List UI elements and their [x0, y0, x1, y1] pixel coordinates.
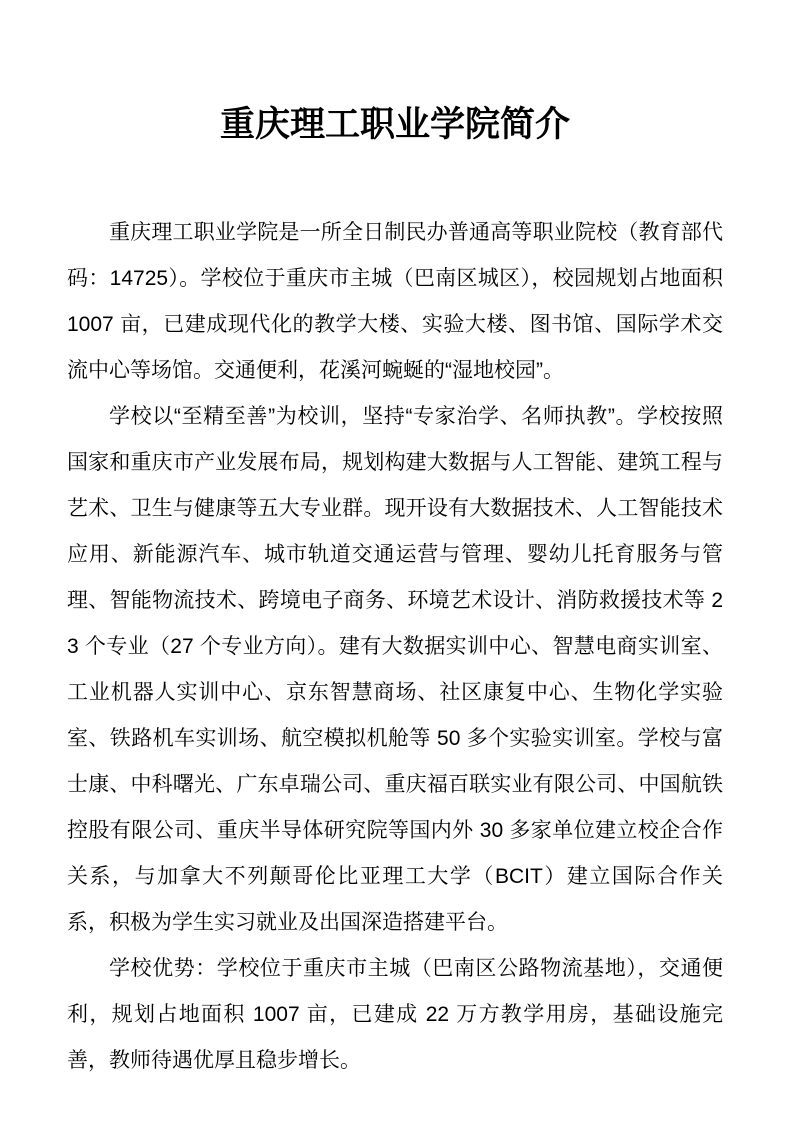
paragraph-advantages: 学校优势：学校位于重庆市主城（巴南区公路物流基地），交通便利，规划占地面积 10… — [67, 946, 723, 1084]
paragraph-intro: 重庆理工职业学院是一所全日制民办普通高等职业院校（教育部代码：14725）。学校… — [67, 210, 723, 394]
paragraph-programs: 学校以“至精至善”为校训，坚持“专家治学、名师执教”。学校按照国家和重庆市产业发… — [67, 394, 723, 946]
document-page: 重庆理工职业学院简介 重庆理工职业学院是一所全日制民办普通高等职业院校（教育部代… — [0, 0, 793, 1122]
document-title: 重庆理工职业学院简介 — [67, 102, 723, 148]
